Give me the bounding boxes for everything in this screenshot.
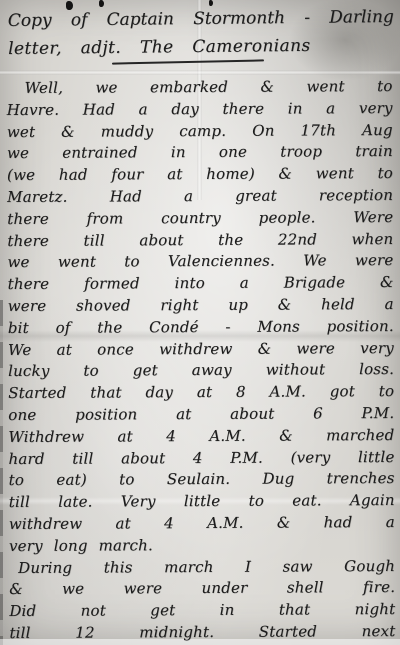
letter-line: withdrew at 4 A.M. & had a bbox=[9, 512, 395, 536]
letter-page: Copy of Captain Stormonth - Darling lett… bbox=[0, 0, 400, 645]
letter-line: hard till about 4 P.M. (very little bbox=[8, 447, 394, 471]
letter-line: & we were under shell fire. bbox=[9, 577, 395, 601]
letter-line: were shoved right up & held a bbox=[8, 294, 394, 318]
torn-left-edge bbox=[0, 300, 3, 645]
letter-line: Maretz. Had a great reception bbox=[7, 185, 393, 209]
letter-line: there from country people. Were bbox=[7, 207, 393, 231]
letter-line: (we had four at home) & went to bbox=[7, 163, 393, 187]
letter-body: Well, we embarked & went to Havre. Had a… bbox=[7, 76, 396, 645]
letter-heading: Copy of Captain Stormonth - Darling lett… bbox=[8, 3, 395, 63]
letter-line: bit of the Condé - Mons position. bbox=[8, 316, 394, 340]
letter-line: wet & muddy camp. On 17th Aug bbox=[7, 120, 393, 144]
letter-line: one position at about 6 P.M. bbox=[8, 403, 394, 427]
letter-line: During this march I saw Gough bbox=[9, 556, 395, 580]
letter-line: there formed into a Brigade & bbox=[8, 272, 394, 296]
letter-line: We at once withdrew & were very bbox=[8, 338, 394, 362]
letter-line: till 12 midnight. Started next bbox=[9, 621, 395, 645]
letter-line: Started that day at 8 A.M. got to bbox=[8, 381, 394, 405]
letter-line: Well, we embarked & went to bbox=[7, 76, 393, 100]
letter-line: Withdrew at 4 A.M. & marched bbox=[8, 425, 394, 449]
heading-line-2: letter, adjt. The Cameronians bbox=[8, 36, 311, 59]
letter-line: Did not get in that night bbox=[9, 599, 395, 623]
letter-line: Havre. Had a day there in a very bbox=[7, 98, 393, 122]
letter-line: to eat) to Seulain. Dug trenches bbox=[9, 468, 395, 492]
letter-line: there till about the 22nd when bbox=[7, 229, 393, 253]
letter-line: till late. Very little to eat. Again bbox=[9, 490, 395, 514]
heading-line-1: Copy of Captain Stormonth - Darling bbox=[8, 3, 394, 35]
letter-line: lucky to get away without loss. bbox=[8, 359, 394, 383]
letter-line: very long march. bbox=[9, 534, 395, 558]
letter-line: we went to Valenciennes. We were bbox=[7, 250, 393, 274]
letter-line: we entrained in one troop train bbox=[7, 141, 393, 165]
